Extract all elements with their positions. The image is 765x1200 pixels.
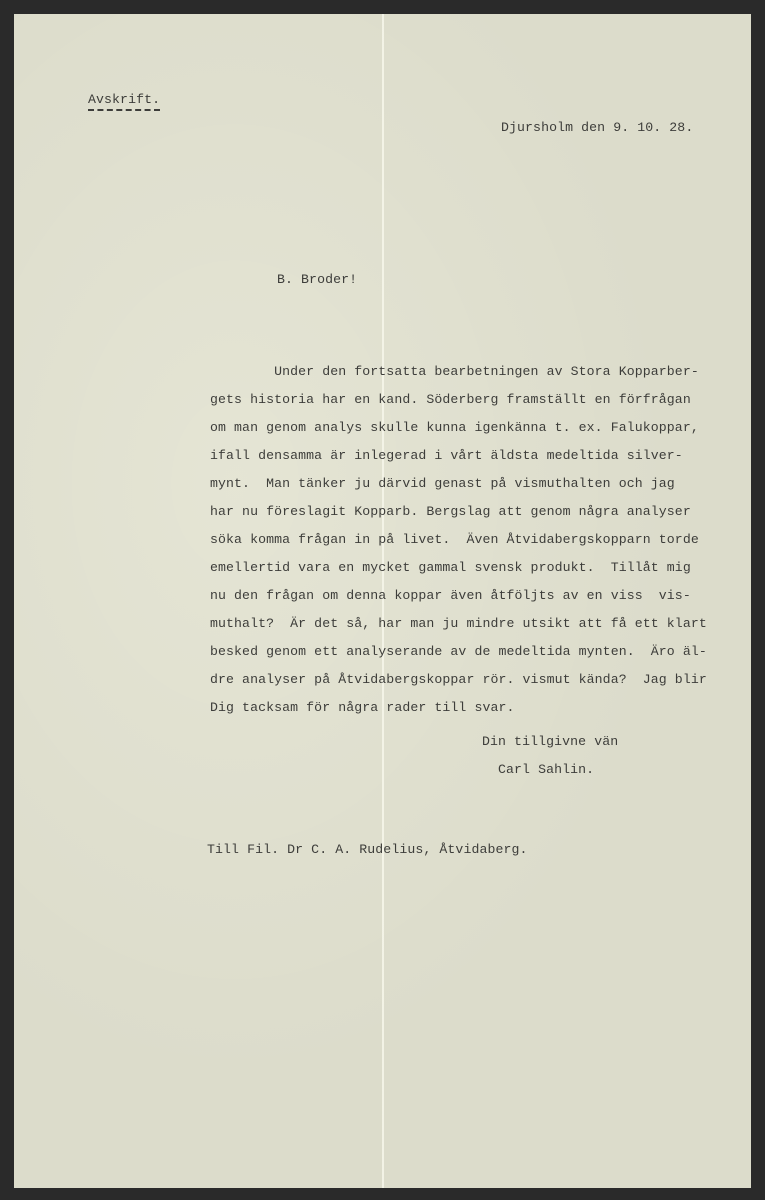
place-date: Djursholm den 9. 10. 28. [501, 120, 693, 135]
body-line: Under den fortsatta bearbetningen av Sto… [210, 364, 699, 379]
recipient-line: Till Fil. Dr C. A. Rudelius, Åtvidaberg. [207, 842, 528, 857]
closing: Din tillgivne vän [482, 734, 618, 749]
body-line: Dig tacksam för några rader till svar. [210, 700, 515, 715]
body-line: muthalt? Är det så, har man ju mindre ut… [210, 616, 707, 631]
greeting: B. Broder! [277, 272, 357, 287]
signature: Carl Sahlin. [498, 762, 594, 777]
body-line: besked genom ett analyserande av de mede… [210, 644, 707, 659]
body-line: nu den frågan om denna koppar även åtföl… [210, 588, 691, 603]
document-heading: Avskrift. [88, 92, 160, 111]
letter-page: Avskrift. Djursholm den 9. 10. 28. B. Br… [14, 14, 751, 1188]
body-line: dre analyser på Åtvidabergskoppar rör. v… [210, 672, 707, 687]
body-line: emellertid vara en mycket gammal svensk … [210, 560, 691, 575]
body-line: ifall densamma är inlegerad i vårt äldst… [210, 448, 683, 463]
body-line: mynt. Man tänker ju därvid genast på vis… [210, 476, 675, 491]
body-line: söka komma frågan in på livet. Även Åtvi… [210, 532, 699, 547]
body-line: om man genom analys skulle kunna igenkän… [210, 420, 699, 435]
body-line: gets historia har en kand. Söderberg fra… [210, 392, 691, 407]
body-line: har nu föreslagit Kopparb. Bergslag att … [210, 504, 691, 519]
